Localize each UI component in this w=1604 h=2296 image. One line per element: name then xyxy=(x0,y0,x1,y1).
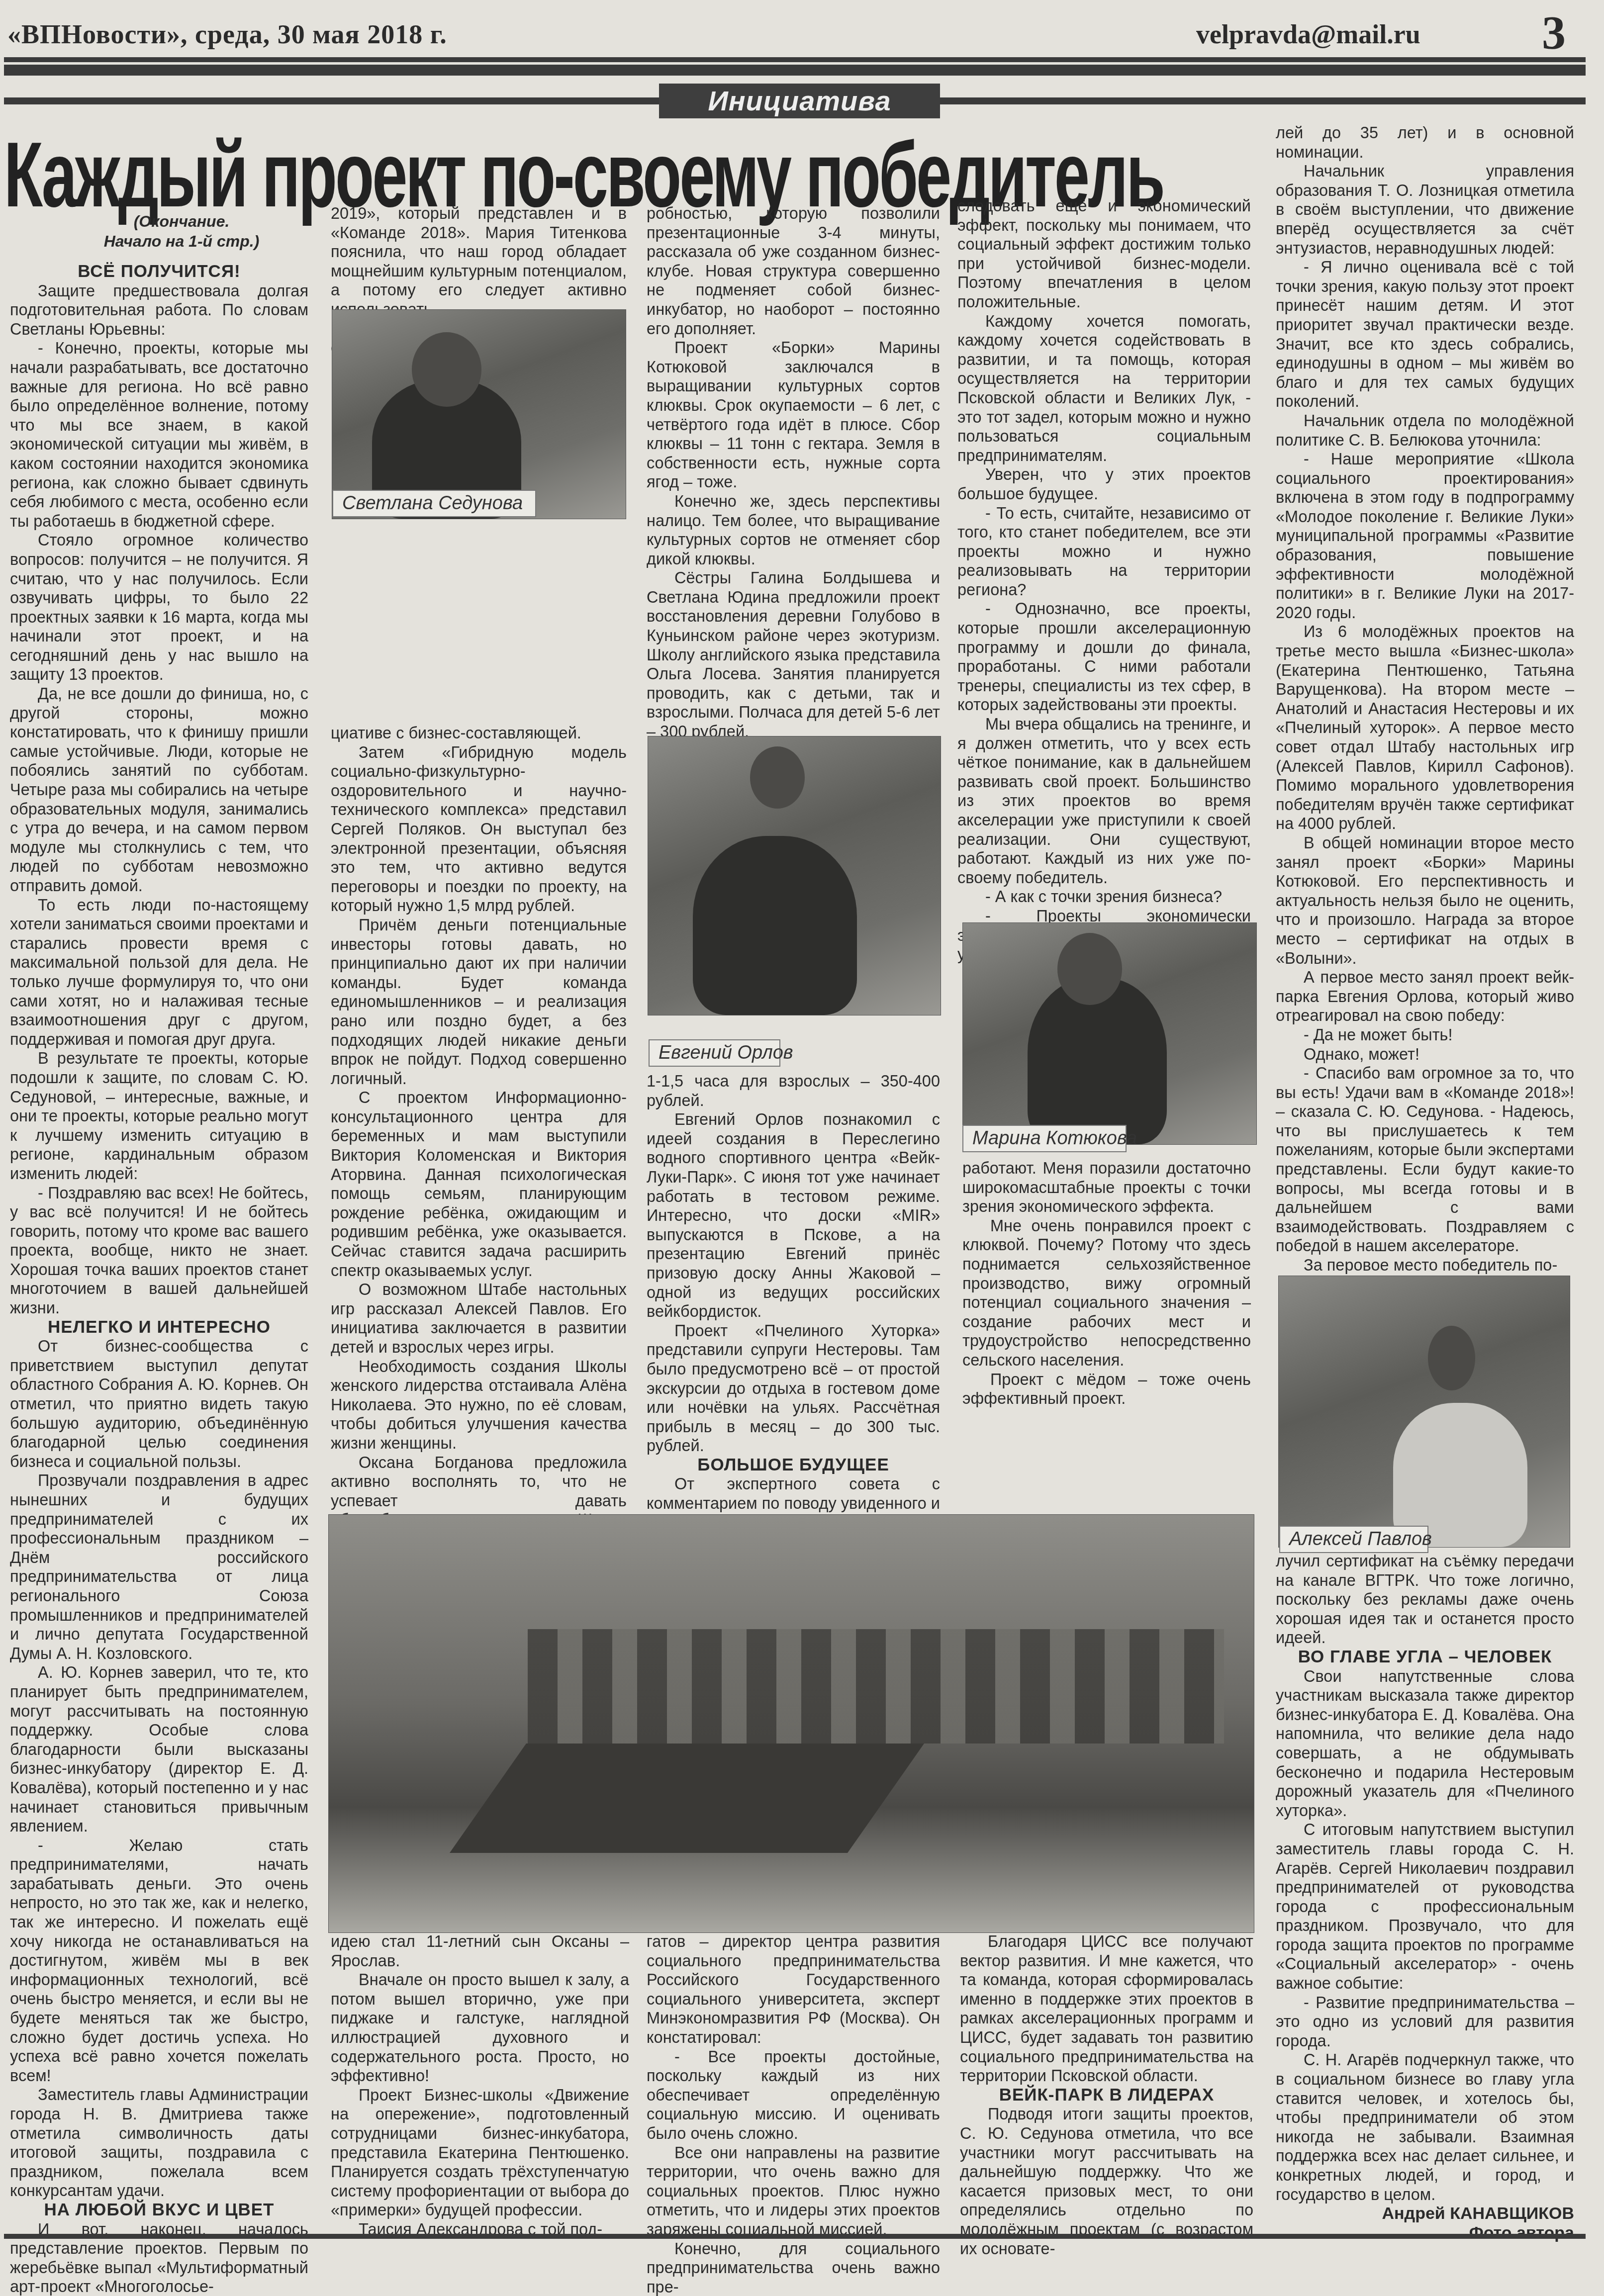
paragraph: идею стал 11-летний сын Оксаны – Ярослав… xyxy=(331,1932,629,1970)
paragraph: - Наше мероприятие «Школа социального пр… xyxy=(1276,450,1574,622)
subhead: НЕЛЕГКО И ИНТЕРЕСНО xyxy=(10,1318,308,1337)
paragraph: А. Ю. Корнев заверил, что те, кто планир… xyxy=(10,1663,308,1836)
photo-subject-head xyxy=(1057,933,1122,1005)
photo-subject-head xyxy=(1428,1326,1475,1390)
paragraph: Однако, может! xyxy=(1276,1045,1574,1064)
paragraph: Конечно же, здесь перспективы налицо. Те… xyxy=(647,492,940,568)
paragraph: - Однозначно, все проекты, которые прошл… xyxy=(957,599,1251,715)
photo-group-audience xyxy=(328,1514,1254,1933)
photo-pavlov xyxy=(1278,1276,1570,1548)
photo-caption: Марина Котюкова xyxy=(962,1125,1127,1152)
paragraph: Проект с мёдом – тоже очень эффективный … xyxy=(962,1370,1251,1408)
paragraph: За перовое место победитель по- xyxy=(1276,1256,1574,1275)
column-4-top: следовать ещё и экономический эффект, по… xyxy=(957,196,1251,964)
paragraph: Все они направлены на развитие территори… xyxy=(647,2143,940,2239)
photo-subject-head xyxy=(412,332,481,407)
paragraph: лей до 35 лет) и в основной номинации. xyxy=(1276,123,1574,162)
paragraph: - То есть, считайте, независимо от того,… xyxy=(957,504,1251,600)
header-rule-thin xyxy=(4,57,1586,62)
paragraph: робностью, которую позволили презентацио… xyxy=(647,204,940,338)
paragraph: Да, не все дошли до финиша, но, с другой… xyxy=(10,684,308,896)
paragraph: С. Н. Агарёв подчеркнул также, что в соц… xyxy=(1276,2050,1574,2204)
footer-rule xyxy=(4,2234,1586,2239)
paragraph: А первое место занял проект вейк-парка Е… xyxy=(1276,968,1574,1025)
paragraph: Начальник управления образования Т. О. Л… xyxy=(1276,162,1574,258)
paragraph: Стояло огромное количество вопросов: пол… xyxy=(10,531,308,684)
column-1: (Окончание. Начало на 1-й стр.) ВСЁ ПОЛУ… xyxy=(10,211,308,2296)
rubric-label: Инициатива xyxy=(659,84,940,118)
paragraph: Мы вчера общались на тренинге, и я долже… xyxy=(957,715,1251,887)
paragraph: - Конечно, проекты, которые мы начали ра… xyxy=(10,339,308,531)
paragraph: Свои напутственные слова участникам выск… xyxy=(1276,1667,1574,1821)
paragraph: И вот, наконец, началось представление п… xyxy=(10,2220,308,2296)
paragraph: Вначале он просто вышел к залу, а потом … xyxy=(331,1970,629,2086)
column-5-top: лей до 35 лет) и в основной номинации. Н… xyxy=(1276,123,1574,1275)
paragraph: С проектом Информационно-консультационно… xyxy=(331,1088,627,1280)
paragraph: Конечно, для социального предприниматель… xyxy=(647,2239,940,2296)
paragraph: Заместитель главы Администрации города Н… xyxy=(10,2085,308,2201)
paragraph: В результате те проекты, которые подошли… xyxy=(10,1049,308,1183)
paragraph: Благодаря ЦИСС все получают вектор разви… xyxy=(960,1932,1253,2086)
newspaper-masthead: «ВПНовости», среда, 30 мая 2018 г. xyxy=(7,19,447,50)
paragraph: Проект Бизнес-школы «Движение на опереже… xyxy=(331,2086,629,2220)
paragraph: Прозвучали поздравления в адрес нынешних… xyxy=(10,1471,308,1663)
page-number: 3 xyxy=(1542,5,1566,60)
paragraph: 2019», который представлен и в «Команде … xyxy=(331,204,627,319)
paragraph: Причём деньги потенциальные инвесторы го… xyxy=(331,916,627,1088)
header-rule-thick xyxy=(4,65,1586,76)
paragraph: работают. Меня поразили достаточно широк… xyxy=(962,1159,1251,1216)
photo-audience-rows xyxy=(528,1629,1224,1744)
subhead: НА ЛЮБОЙ ВКУС И ЦВЕТ xyxy=(10,2201,308,2220)
paragraph: - Спасибо вам огромное за то, что вы ест… xyxy=(1276,1064,1574,1256)
paragraph: Евгений Орлов познакомил с идеей создани… xyxy=(647,1110,940,1321)
photo-jury-table xyxy=(450,1744,924,1853)
column-4-bottom: Благодаря ЦИСС все получают вектор разви… xyxy=(960,1932,1253,2258)
subhead: ВСЁ ПОЛУЧИТСЯ! xyxy=(10,262,308,281)
paragraph: Каждому хочется помогать, каждому хочетс… xyxy=(957,312,1251,465)
column-2-middle: циативе с бизнес-составляющей. Затем «Ги… xyxy=(331,724,627,1568)
author-byline: Андрей КАНАВЩИКОВ xyxy=(1276,2204,1574,2223)
column-3-bottom: гатов – директор центра развития социаль… xyxy=(647,1932,940,2296)
photo-caption: Алексей Павлов xyxy=(1279,1526,1428,1553)
photo-credit: Фото автора xyxy=(1276,2223,1574,2243)
paragraph: В общей номинации второе место занял про… xyxy=(1276,833,1574,968)
column-4-middle: работают. Меня поразили достаточно широк… xyxy=(962,1159,1251,1408)
paragraph: Сёстры Галина Болдышева и Светлана Юдина… xyxy=(647,568,940,741)
paragraph: С итоговым напутствием выступил заместит… xyxy=(1276,1820,1574,1993)
paragraph: Уверен, что у этих проектов большое буду… xyxy=(957,465,1251,503)
paragraph: Начальник отдела по молодёжной политике … xyxy=(1276,411,1574,450)
paragraph: Защите предшествовала долгая подготовите… xyxy=(10,281,308,339)
paragraph: Затем «Гибридную модель социально-физкул… xyxy=(331,743,627,916)
column-5-bottom: лучил сертификат на съёмку передачи на к… xyxy=(1276,1552,1574,2242)
paragraph: - А как с точки зрения бизнеса? xyxy=(957,887,1251,907)
paragraph: - Развитие предпринимательства – это одн… xyxy=(1276,1993,1574,2051)
paragraph: - Все проекты достойные, поскольку кажды… xyxy=(647,2047,940,2143)
photo-caption: Евгений Орлов xyxy=(649,1039,780,1067)
paragraph: лучил сертификат на съёмку передачи на к… xyxy=(1276,1552,1574,1648)
paragraph: циативе с бизнес-составляющей. xyxy=(331,724,627,743)
paragraph: гатов – директор центра развития социаль… xyxy=(647,1932,940,2047)
photo-orlov xyxy=(648,736,941,1015)
paragraph: - Я лично оценивала всё с той точки зрен… xyxy=(1276,258,1574,411)
photo-caption: Светлана Седунова xyxy=(332,490,536,517)
continuation-note: (Окончание. Начало на 1-й стр.) xyxy=(55,211,308,251)
paragraph: - Поздравляю вас всех! Не бойтесь, у вас… xyxy=(10,1184,308,1318)
photo-subject-figure xyxy=(693,836,857,1015)
paragraph: Из 6 молодёжных проектов на третье место… xyxy=(1276,622,1574,833)
column-3-top: робностью, которую позволили презентацио… xyxy=(647,204,940,741)
paragraph: следовать ещё и экономический эффект, по… xyxy=(957,196,1251,312)
subhead: ВО ГЛАВЕ УГЛА – ЧЕЛОВЕК xyxy=(1276,1648,1574,1667)
paragraph: От бизнес-сообщества с приветствием выст… xyxy=(10,1337,308,1471)
subhead: ВЕЙК-ПАРК В ЛИДЕРАХ xyxy=(960,2086,1253,2105)
column-3-middle: 1-1,5 часа для взрослых – 350-400 рублей… xyxy=(647,1072,940,1532)
paragraph: Мне очень понравился проект с клюквой. П… xyxy=(962,1216,1251,1370)
paragraph: Проект «Пчелиного Хуторка» представили с… xyxy=(647,1321,940,1456)
column-2-bottom: идею стал 11-летний сын Оксаны – Ярослав… xyxy=(331,1932,629,2239)
paragraph: - Желаю стать предпринимателями, начать … xyxy=(10,1836,308,2086)
paragraph: О возможном Штабе настольных игр рассказ… xyxy=(331,1280,627,1357)
photo-sedunova xyxy=(332,309,626,519)
paragraph: Необходимость создания Школы женского ли… xyxy=(331,1357,627,1453)
paragraph: То есть люди по-настоящему хотели занима… xyxy=(10,896,308,1049)
contact-email[interactable]: velpravda@mail.ru xyxy=(1196,19,1420,50)
photo-kotyukova xyxy=(962,922,1257,1145)
paragraph: - Да не может быть! xyxy=(1276,1025,1574,1045)
paragraph: Проект «Борки» Марины Котюковой заключал… xyxy=(647,338,940,492)
subhead: БОЛЬШОЕ БУДУЩЕЕ xyxy=(647,1456,940,1475)
photo-subject-head xyxy=(750,746,805,809)
paragraph: 1-1,5 часа для взрослых – 350-400 рублей… xyxy=(647,1072,940,1110)
